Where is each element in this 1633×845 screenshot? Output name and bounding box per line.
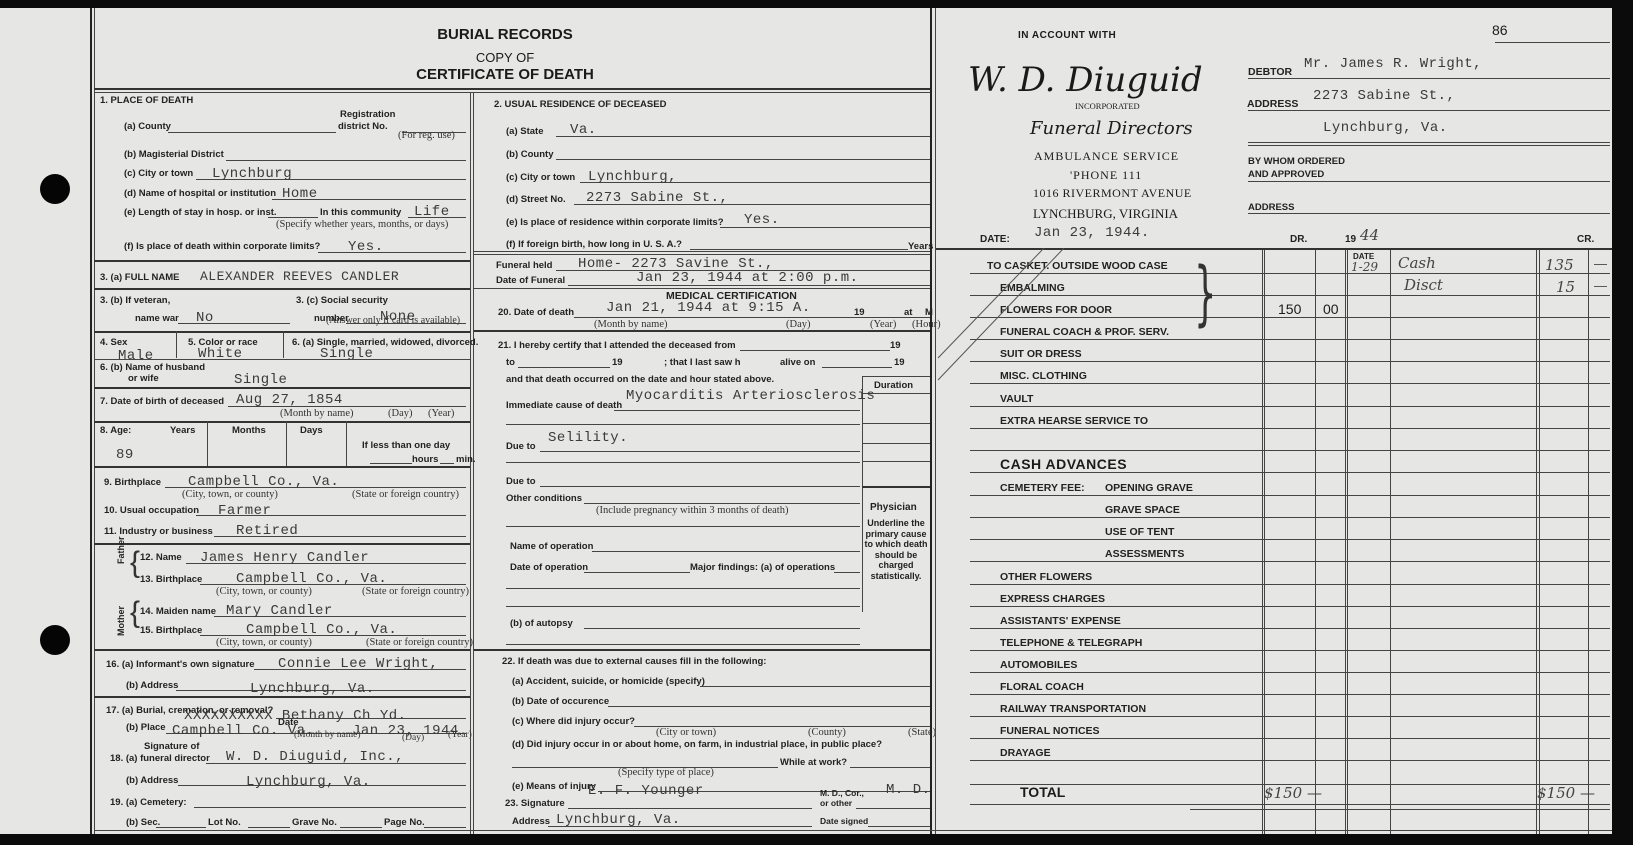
social-security-label: 3. (c) Social security (296, 295, 388, 306)
operation-date-label: Date of operation (510, 562, 588, 573)
funeral-date-label: Date of Funeral (496, 275, 565, 286)
phone: 'PHONE 111 (1070, 168, 1142, 183)
death-year-note: (Year) (870, 319, 896, 330)
approved-label: AND APPROVED (1248, 169, 1324, 180)
copy-of: COPY OF (90, 50, 920, 65)
immediate-cause-label: Immediate cause of death (506, 400, 622, 411)
age-years-value: 89 (116, 447, 134, 463)
total-credit: $150 — (1537, 784, 1595, 802)
res-state-value: Va. (570, 122, 597, 138)
death-19: 19 (854, 307, 865, 318)
burial-day-note: (Day) (402, 733, 424, 743)
ledger-item-tent: USE OF TENT (1105, 526, 1174, 538)
signer-address-label: Address (512, 816, 550, 827)
age-months-label: Months (232, 425, 266, 436)
company-street: 1016 RIVERMONT AVENUE (1033, 186, 1192, 201)
accident-label: (a) Accident, suicide, or homicide (spec… (512, 676, 705, 687)
occupation-value: Farmer (218, 503, 271, 519)
alive-on-label: alive on (780, 357, 815, 368)
res-foreign-label: (f) If foreign birth, how long in U. S. … (506, 239, 682, 250)
father-side-label: Father (116, 536, 126, 564)
immediate-cause-value: Myocarditis Arteriosclerosis (626, 388, 875, 404)
mother-brace: { (130, 598, 140, 628)
spouse-label-2: or wife (128, 373, 159, 384)
funeral-director-label-1: Signature of (144, 741, 199, 752)
signature-label: 23. Signature (505, 798, 565, 809)
death-at: at (904, 307, 912, 318)
external-causes-title: 22. If death was due to external causes … (502, 656, 766, 667)
veteran-label: 3. (b) If veteran, (100, 295, 170, 306)
less-than-day-label: If less than one day (362, 440, 450, 451)
father-birthplace-label: 13. Birthplace (140, 574, 202, 585)
due-to-value: Selility. (548, 430, 628, 446)
certificate-title: CERTIFICATE OF DEATH (90, 66, 920, 83)
funeral-held-label: Funeral held (496, 260, 552, 271)
spouse-value: Single (234, 372, 287, 388)
debtor-label: DEBTOR (1248, 66, 1292, 78)
date-signed-label: Date signed (820, 816, 868, 826)
credit-date-value: 1-29 (1351, 260, 1378, 274)
death-month-note: (Month by name) (594, 319, 668, 330)
veteran-value: No (196, 310, 214, 326)
certify-to-label: to (506, 357, 515, 368)
ledger-item-vault: VAULT (1000, 393, 1033, 405)
res-state-label: (a) State (506, 126, 543, 137)
res-county-label: (b) County (506, 149, 554, 160)
lot-label: Lot No. (208, 817, 241, 828)
certify-label: 21. I hereby certify that I attended the… (498, 340, 736, 351)
ledger-item-railway: RAILWAY TRANSPORTATION (1000, 703, 1146, 715)
death-date-value: Jan 21, 1944 at 9:15 A. (606, 300, 811, 316)
physician-label: Physician (870, 502, 917, 513)
industry-value: Retired (236, 523, 298, 539)
cemetery-fee-label: CEMETERY FEE: (1000, 482, 1085, 494)
ordered-address-label: ADDRESS (1248, 202, 1294, 213)
residence-label: 2. USUAL RESIDENCE OF DECEASED (494, 99, 666, 110)
last-saw-label: ; that I last saw h (664, 357, 741, 368)
grave-label: Grave No. (292, 817, 337, 828)
physician-signature-value: E. F. Younger (588, 783, 704, 799)
grouping-brace: } (1194, 258, 1216, 328)
punch-hole (40, 174, 70, 204)
burial-record-page: BURIAL RECORDS COPY OF CERTIFICATE OF DE… (0, 8, 1612, 834)
cash-advances-label: CASH ADVANCES (1000, 456, 1127, 472)
credit-desc-cash: Cash (1398, 254, 1436, 272)
md-label: M. D., Cor., (820, 788, 864, 798)
ss-note: (Answer only if card is available) (326, 315, 460, 326)
city-label: (c) City or town (124, 168, 193, 179)
other-conditions-note: (Include pregnancy within 3 months of de… (596, 505, 788, 516)
community-value: Life (414, 204, 450, 220)
ledger-item-grave-space: GRAVE SPACE (1105, 504, 1180, 516)
ledger-item-extra-hearse: EXTRA HEARSE SERVICE TO (1000, 415, 1148, 427)
ledger-item-automobiles: AUTOMOBILES (1000, 659, 1077, 671)
while-at-work-label: While at work? (780, 757, 847, 768)
mother-side-label: Mother (116, 606, 126, 636)
res-corporate-label: (e) Is place of residence within corpora… (506, 217, 724, 228)
funeral-date-value: Jan 23, 1944 at 2:00 p.m. (636, 270, 859, 286)
company-name: W. D. Diuguid (968, 60, 1203, 100)
debtor-address-label: ADDRESS (1247, 98, 1298, 110)
ledger-item-floral-coach: FLORAL COACH (1000, 681, 1084, 693)
res-corporate-value: Yes. (744, 212, 780, 228)
injury-city-note: (City or town) (656, 727, 716, 738)
birthplace-value: Campbell Co., Va. (188, 474, 339, 490)
year-note: (Year) (428, 408, 454, 419)
place-of-death-label: 1. PLACE OF DEATH (100, 95, 193, 106)
date-value: Jan 23, 1944. (1034, 225, 1150, 241)
ordered-by-label: BY WHOM ORDERED (1248, 156, 1345, 167)
dr-label: DR. (1290, 234, 1307, 245)
stated-label: and that death occurred on the date and … (506, 374, 774, 385)
funeral-director-label: 18. (a) funeral director (110, 753, 210, 764)
md-value: M. D. (886, 782, 931, 798)
month-note: (Month by name) (280, 408, 354, 419)
res-city-label: (c) City or town (506, 172, 575, 183)
year-prefix: 19 (1345, 234, 1356, 245)
birth-date-label: 7. Date of birth of deceased (100, 396, 224, 407)
burial-place-label: (b) Place (126, 722, 166, 733)
district-no-label: district No. (338, 121, 388, 132)
signer-address-value: Lynchburg, Va. (556, 812, 681, 828)
director-address-value: Lynchburg, Va. (246, 774, 371, 790)
flowers-cents: 00 (1323, 301, 1339, 317)
certify-19: 19 (890, 340, 901, 351)
min-label: min. (456, 454, 476, 465)
due-to-label: Due to (506, 441, 536, 452)
birthplace-label: 9. Birthplace (104, 477, 161, 488)
father-name-value: James Henry Candler (200, 550, 369, 566)
specify-note: (Specify whether years, months, or days) (276, 219, 448, 230)
full-name-value: ALEXANDER REEVES CANDLER (200, 269, 399, 284)
ledger-item-drayage: DRAYAGE (1000, 747, 1051, 759)
occupation-label: 10. Usual occupation (104, 505, 199, 516)
debtor-address-2: Lynchburg, Va. (1323, 120, 1448, 136)
state-note: (State or foreign country) (352, 489, 459, 500)
injury-where-label: (c) Where did injury occur? (512, 716, 635, 727)
findings-label: Major findings: (a) of operations (690, 562, 835, 573)
or-other-label: or other (820, 798, 852, 808)
father-city-note: (City, town, or county) (216, 586, 312, 597)
injury-county-note: (County) (808, 727, 846, 738)
father-brace: { (130, 548, 140, 578)
father-birthplace-value: Campbell Co., Va. (236, 571, 387, 587)
occurence-date-label: (b) Date of occurence (512, 696, 609, 707)
death-city-value: Lynchburg (212, 166, 292, 182)
ledger-item-notices: FUNERAL NOTICES (1000, 725, 1100, 737)
informant-address-value: Lynchburg, Va. (250, 681, 375, 697)
alive-19: 19 (894, 357, 905, 368)
in-account-with: IN ACCOUNT WITH (1018, 30, 1116, 41)
to-19: 19 (612, 357, 623, 368)
operation-label: Name of operation (510, 541, 593, 552)
ledger-item-assessments: ASSESSMENTS (1105, 548, 1184, 560)
age-days-label: Days (300, 425, 323, 436)
credit-amount-discount: 15 (1556, 278, 1575, 296)
ledger-item-other-flowers: OTHER FLOWERS (1000, 571, 1092, 583)
debtor-address-1: 2273 Sabine St., (1313, 88, 1455, 104)
magisterial-label: (b) Magisterial District (124, 149, 224, 160)
hospital-label: (d) Name of hospital or institution (124, 188, 276, 199)
informant-label: 16. (a) Informant's own signature (106, 659, 254, 670)
funeral-director-value: W. D. Diuguid, Inc., (226, 749, 404, 765)
father-state-note: (State or foreign country) (362, 586, 469, 597)
cr-label: CR. (1577, 234, 1594, 245)
mother-birthplace-value: Campbell Co., Va. (246, 622, 397, 638)
burial-month-note: (Month by name) (294, 730, 361, 740)
hours-label: hours (412, 454, 438, 465)
death-date-label: 20. Date of death (498, 307, 574, 318)
injury-place-label: (d) Did injury occur in or about home, o… (512, 739, 882, 750)
ledger-item-assistants: ASSISTANTS' EXPENSE (1000, 615, 1121, 627)
strike-lines (936, 248, 1096, 388)
page-label: Page No. (384, 817, 425, 828)
registration-label: Registration (340, 109, 395, 120)
credit-cents-cash: — (1594, 256, 1607, 271)
year-handwritten: 44 (1360, 226, 1379, 244)
date-label: DATE: (980, 234, 1010, 245)
page-number: 86 (1492, 22, 1508, 38)
burial-date-label: Date (278, 717, 299, 728)
res-city-value: Lynchburg, (588, 169, 677, 185)
credit-amount-cash: 135 (1545, 256, 1574, 274)
mother-birthplace-label: 15. Birthplace (140, 625, 202, 636)
other-conditions-label: Other conditions (506, 493, 582, 504)
records-title: BURIAL RECORDS (90, 26, 920, 43)
stay-label: (e) Length of stay in hosp. or inst. (124, 207, 277, 218)
ambulance-service: AMBULANCE SERVICE (1034, 149, 1179, 164)
mother-state-note: (State or foreign country) (366, 637, 473, 648)
physician-note: Underline the primary cause to which dea… (864, 518, 928, 581)
mother-name-label: 14. Maiden name (140, 606, 216, 617)
flowers-dollars: 150 (1278, 301, 1301, 317)
credit-desc-discount: Disct (1404, 276, 1443, 294)
full-name-label: 3. (a) FULL NAME (100, 272, 180, 283)
hospital-value: Home (282, 186, 318, 202)
sex-label: 4. Sex (100, 337, 127, 348)
city-note: (City, town, or county) (182, 489, 278, 500)
ledger-item-opening-grave: OPENING GRAVE (1105, 482, 1193, 494)
res-street-value: 2273 Sabine St., (586, 190, 728, 206)
incorporated-label: INCORPORATED (1075, 101, 1140, 111)
means-injury-label: (e) Means of injury (512, 781, 596, 792)
for-reg-use-note: (For reg. use) (398, 130, 455, 141)
death-corporate-label: (f) Is place of death within corporate l… (124, 241, 320, 252)
community-label: In this community (320, 207, 401, 218)
director-address-label: (b) Address (126, 775, 178, 786)
age-years-label: Years (170, 425, 195, 436)
total-debit: $150 — (1264, 784, 1322, 802)
debtor-value: Mr. James R. Wright, (1304, 56, 1482, 72)
mother-city-note: (City, town, or county) (216, 637, 312, 648)
autopsy-label: (b) of autopsy (510, 618, 573, 629)
informant-address-label: (b) Address (126, 680, 178, 691)
mother-name-value: Mary Candler (226, 603, 333, 619)
ledger-item-telephone: TELEPHONE & TELEGRAPH (1000, 637, 1142, 649)
cemetery-label: 19. (a) Cemetery: (110, 797, 187, 808)
place-type-note: (Specify type of place) (618, 767, 714, 778)
burial-year-note: (Year) (448, 730, 472, 740)
informant-value: Connie Lee Wright, (278, 656, 438, 672)
birth-date-value: Aug 27, 1854 (236, 392, 343, 408)
death-corporate-value: Yes. (348, 239, 384, 255)
father-name-label: 12. Name (140, 552, 182, 563)
spouse-label: 6. (b) Name of husband (100, 362, 205, 373)
death-day-note: (Day) (786, 319, 811, 330)
duration-label: Duration (874, 380, 913, 391)
due-to-2-label: Due to (506, 476, 536, 487)
punch-hole (40, 625, 70, 655)
res-street-label: (d) Street No. (506, 194, 566, 205)
tagline: Funeral Directors (1030, 118, 1193, 139)
age-label: 8. Age: (100, 425, 131, 436)
county-label: (a) County (124, 121, 171, 132)
day-note: (Day) (388, 408, 413, 419)
name-war-label: name war (135, 313, 179, 324)
credit-cents-discount: — (1594, 278, 1607, 293)
company-city: LYNCHBURG, VIRGINIA (1033, 206, 1178, 222)
total-label: TOTAL (1020, 784, 1065, 800)
ledger-item-express: EXPRESS CHARGES (1000, 593, 1105, 605)
